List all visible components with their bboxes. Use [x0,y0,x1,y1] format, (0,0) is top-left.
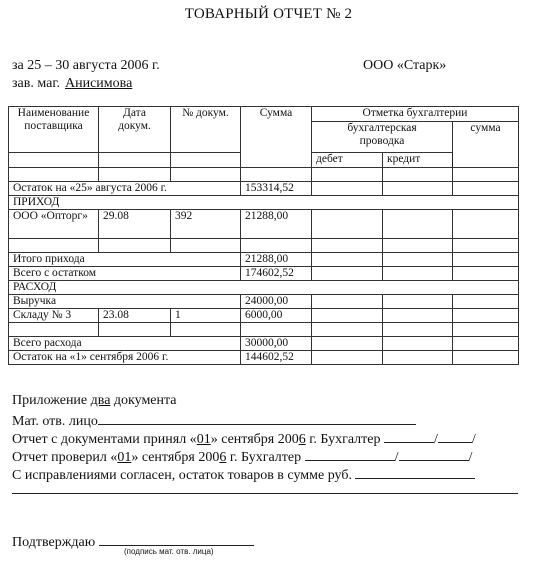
empty-cell [312,182,383,196]
empty-cell [9,168,99,182]
closing-balance-row: Остаток на «1» сентября 2006 г. 144602,5… [9,351,519,365]
document-title: ТОВАРНЫЙ ОТЧЕТ № 2 [0,6,537,23]
empty-cell [99,239,171,253]
header-mark-amount: сумма [453,122,519,168]
checker-name-field[interactable] [399,447,469,461]
checker-signature-field[interactable] [305,447,395,461]
empty-cell [383,182,453,196]
closing-balance-label: Остаток на «1» сентября 2006 г. [9,351,241,365]
accepted-suffix: г. Бухгалтер [306,432,381,447]
empty-cell [99,153,171,168]
empty-cell [383,337,453,351]
empty-cell [99,323,171,337]
expense-total-row: Всего расхода 30000,00 [9,337,519,351]
confirm-label: Подтверждаю [12,535,95,550]
expense-total-label: Всего расхода [9,337,241,351]
opening-balance-row: Остаток на «25» августа 2006 г. 153314,5… [9,182,519,196]
blank-row [9,323,519,337]
income-total-row: Итого прихода 21288,00 [9,253,519,267]
empty-cell [171,323,241,337]
empty-cell [312,239,383,253]
empty-cell [171,153,241,168]
empty-cell [99,168,171,182]
accepted-day: 01 [197,432,211,447]
income-section-label: ПРИХОД [9,196,519,210]
checked-line: Отчет проверил «01» сентября 2006 г. Бух… [12,447,472,466]
revenue-label: Выручка [9,295,241,309]
expense-recipient: Складу № 3 [9,309,99,323]
income-total-amount: 21288,00 [241,253,312,267]
remaining-amount-field[interactable] [355,465,475,479]
expense-date: 23.08 [99,309,171,323]
responsible-person-line: Мат. отв. лицо [12,411,416,430]
income-section-row: ПРИХОД [9,196,519,210]
empty-cell [383,267,453,281]
empty-cell [383,210,453,239]
empty-cell [453,267,519,281]
confirm-signature-field[interactable] [99,532,254,546]
header-doc-date: Дата докум. [99,107,171,153]
empty-cell [383,323,453,337]
empty-cell [453,309,519,323]
empty-cell [312,267,383,281]
empty-cell [312,253,383,267]
accountant-name-field[interactable] [438,429,472,443]
checked-day: 01 [117,450,131,465]
responsible-person-signature-field[interactable] [98,411,416,425]
checked-month: » сентября 200 [131,450,219,465]
header-supplier: Наименование поставщика [9,107,99,153]
empty-cell [453,253,519,267]
goods-report-table: Наименование поставщика Дата докум. № до… [8,106,519,365]
empty-cell [383,239,453,253]
attachment-prefix: Приложение [12,393,91,408]
empty-cell [9,323,99,337]
attachment-line: Приложение два документа [12,393,177,409]
empty-cell [312,295,383,309]
organization-name: ООО «Старк» [363,58,446,74]
income-total-label: Итого прихода [9,253,241,267]
manager-name: Анисимова [65,76,132,91]
income-supplier: ООО «Опторг» [9,210,99,239]
income-number: 392 [171,210,241,239]
revenue-amount: 24000,00 [241,295,312,309]
closing-balance-amount: 144602,52 [241,351,312,365]
income-date: 29.08 [99,210,171,239]
empty-cell [453,323,519,337]
accepted-line: Отчет с документами принял «01» сентября… [12,429,476,448]
empty-cell [453,239,519,253]
empty-cell [9,239,99,253]
checked-suffix: г. Бухгалтер [226,450,301,465]
empty-cell [453,295,519,309]
header-row: Наименование поставщика Дата докум. № до… [9,107,519,122]
expense-total-amount: 30000,00 [241,337,312,351]
expense-row: Складу № 3 23.08 1 6000,00 [9,309,519,323]
manager-label: зав. маг. [12,76,60,91]
store-manager: зав. маг.Анисимова [12,76,132,92]
empty-cell [241,239,312,253]
header-debit: дебет [312,153,383,168]
expense-number: 1 [171,309,241,323]
blank-row [9,239,519,253]
empty-cell [312,351,383,365]
header-accounting-mark: Отметка бухгалтерии [312,107,519,122]
total-with-balance-amount: 174602,52 [241,267,312,281]
empty-cell [383,295,453,309]
empty-cell [383,253,453,267]
empty-cell [171,239,241,253]
income-amount: 21288,00 [241,210,312,239]
empty-cell [171,168,241,182]
total-with-balance-label: Всего с остатком [9,267,241,281]
empty-cell [312,309,383,323]
header-amount: Сумма [241,107,312,168]
opening-balance-label: Остаток на «25» августа 2006 г. [9,182,241,196]
empty-cell [453,337,519,351]
header-accounting-entry: бухгалтерская проводка [312,122,453,153]
empty-cell [453,210,519,239]
empty-cell [453,168,519,182]
agreed-line: С исправлениями согласен, остаток товаро… [12,465,475,484]
income-row: ООО «Опторг» 29.08 392 21288,00 [9,210,519,239]
revenue-row: Выручка 24000,00 [9,295,519,309]
empty-cell [383,168,453,182]
attachment-suffix: документа [110,393,176,408]
empty-cell [241,168,312,182]
header-credit: кредит [383,153,453,168]
checked-prefix: Отчет проверил « [12,450,117,465]
opening-balance-amount: 153314,52 [241,182,312,196]
empty-cell [312,168,383,182]
empty-cell [383,309,453,323]
empty-cell [453,182,519,196]
empty-cell [312,323,383,337]
accepted-prefix: Отчет с документами принял « [12,432,197,447]
accepted-year-digit: 6 [299,432,306,447]
expense-section-row: РАСХОД [9,281,519,295]
header-doc-number: № докум. [171,107,241,153]
expense-amount: 6000,00 [241,309,312,323]
empty-cell [383,351,453,365]
empty-cell [9,153,99,168]
expense-section-label: РАСХОД [9,281,519,295]
empty-cell [312,210,383,239]
total-with-balance-row: Всего с остатком 174602,52 [9,267,519,281]
attachment-count: два [91,393,111,408]
report-period: за 25 – 30 августа 2006 г. [12,58,160,74]
blank-row [9,168,519,182]
empty-cell [312,337,383,351]
empty-cell [453,351,519,365]
signature-caption: (подпись мат. отв. лица) [124,547,214,556]
empty-cell [241,323,312,337]
agreed-label: С исправлениями согласен, остаток товаро… [12,468,352,483]
accepted-month: » сентября 200 [211,432,299,447]
divider-line [12,493,518,494]
accountant-signature-field[interactable] [384,429,434,443]
responsible-person-label: Мат. отв. лицо [12,414,98,429]
